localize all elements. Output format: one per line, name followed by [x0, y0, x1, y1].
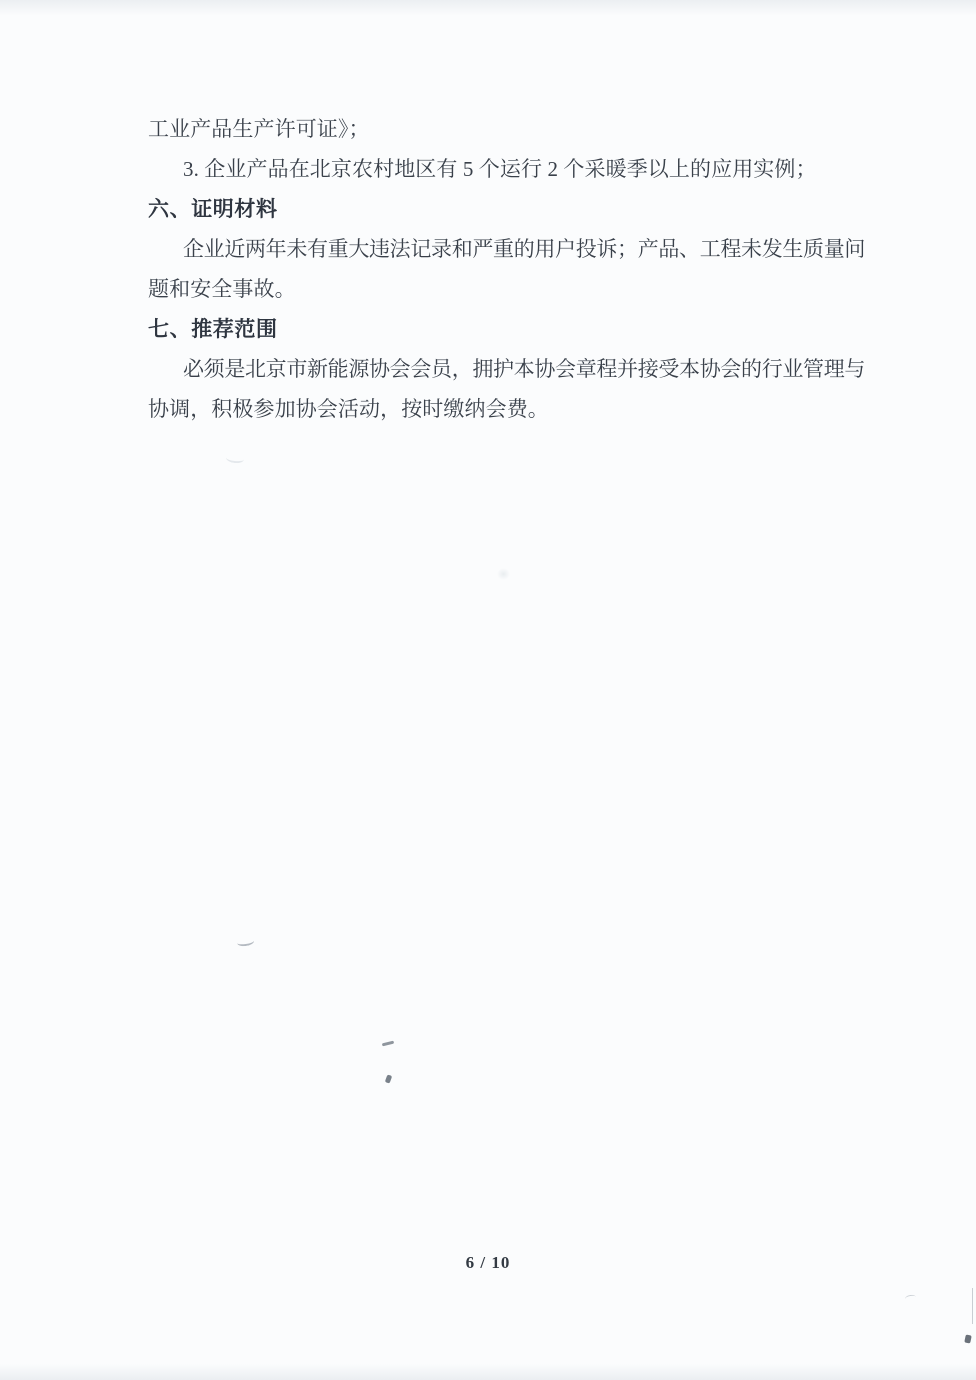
doc-paragraph-line: 企业近两年未有重大违法记录和严重的用户投诉；产品、工程未发生质量问 — [148, 229, 865, 269]
page-number: 6 / 10 — [0, 1253, 976, 1273]
doc-paragraph-line: 必须是北京市新能源协会会员，拥护本协会章程并接受本协会的行业管理与 — [148, 349, 865, 389]
doc-paragraph-line: 协调，积极参加协会活动，按时缴纳会费。 — [148, 389, 865, 429]
scan-artifact-speck — [964, 1334, 972, 1343]
scan-artifact-speck — [237, 937, 255, 947]
scan-artifact-speck — [382, 1041, 394, 1047]
scan-artifact-speck — [905, 1294, 917, 1302]
scan-artifact-speck — [226, 453, 245, 464]
scan-artifact-speck — [497, 568, 510, 580]
section-heading-7-recommendation-scope: 七、推荐范围 — [148, 309, 865, 349]
scanned-document-page: 工业产品生产许可证》； 3. 企业产品在北京农村地区有 5 个运行 2 个采暖季… — [0, 0, 976, 1380]
doc-line-list-item-3: 3. 企业产品在北京农村地区有 5 个运行 2 个采暖季以上的应用实例； — [148, 149, 865, 189]
document-body: 工业产品生产许可证》； 3. 企业产品在北京农村地区有 5 个运行 2 个采暖季… — [148, 109, 865, 429]
scan-artifact-edge-line — [972, 1288, 973, 1324]
doc-line-continuation: 工业产品生产许可证》； — [148, 109, 865, 149]
scan-artifact-speck — [385, 1074, 392, 1083]
section-heading-6-proof-materials: 六、证明材料 — [148, 189, 865, 229]
doc-paragraph-line: 题和安全事故。 — [148, 269, 865, 309]
scan-edge-shadow-bottom — [0, 1364, 976, 1380]
scan-edge-shadow-top — [0, 0, 976, 16]
